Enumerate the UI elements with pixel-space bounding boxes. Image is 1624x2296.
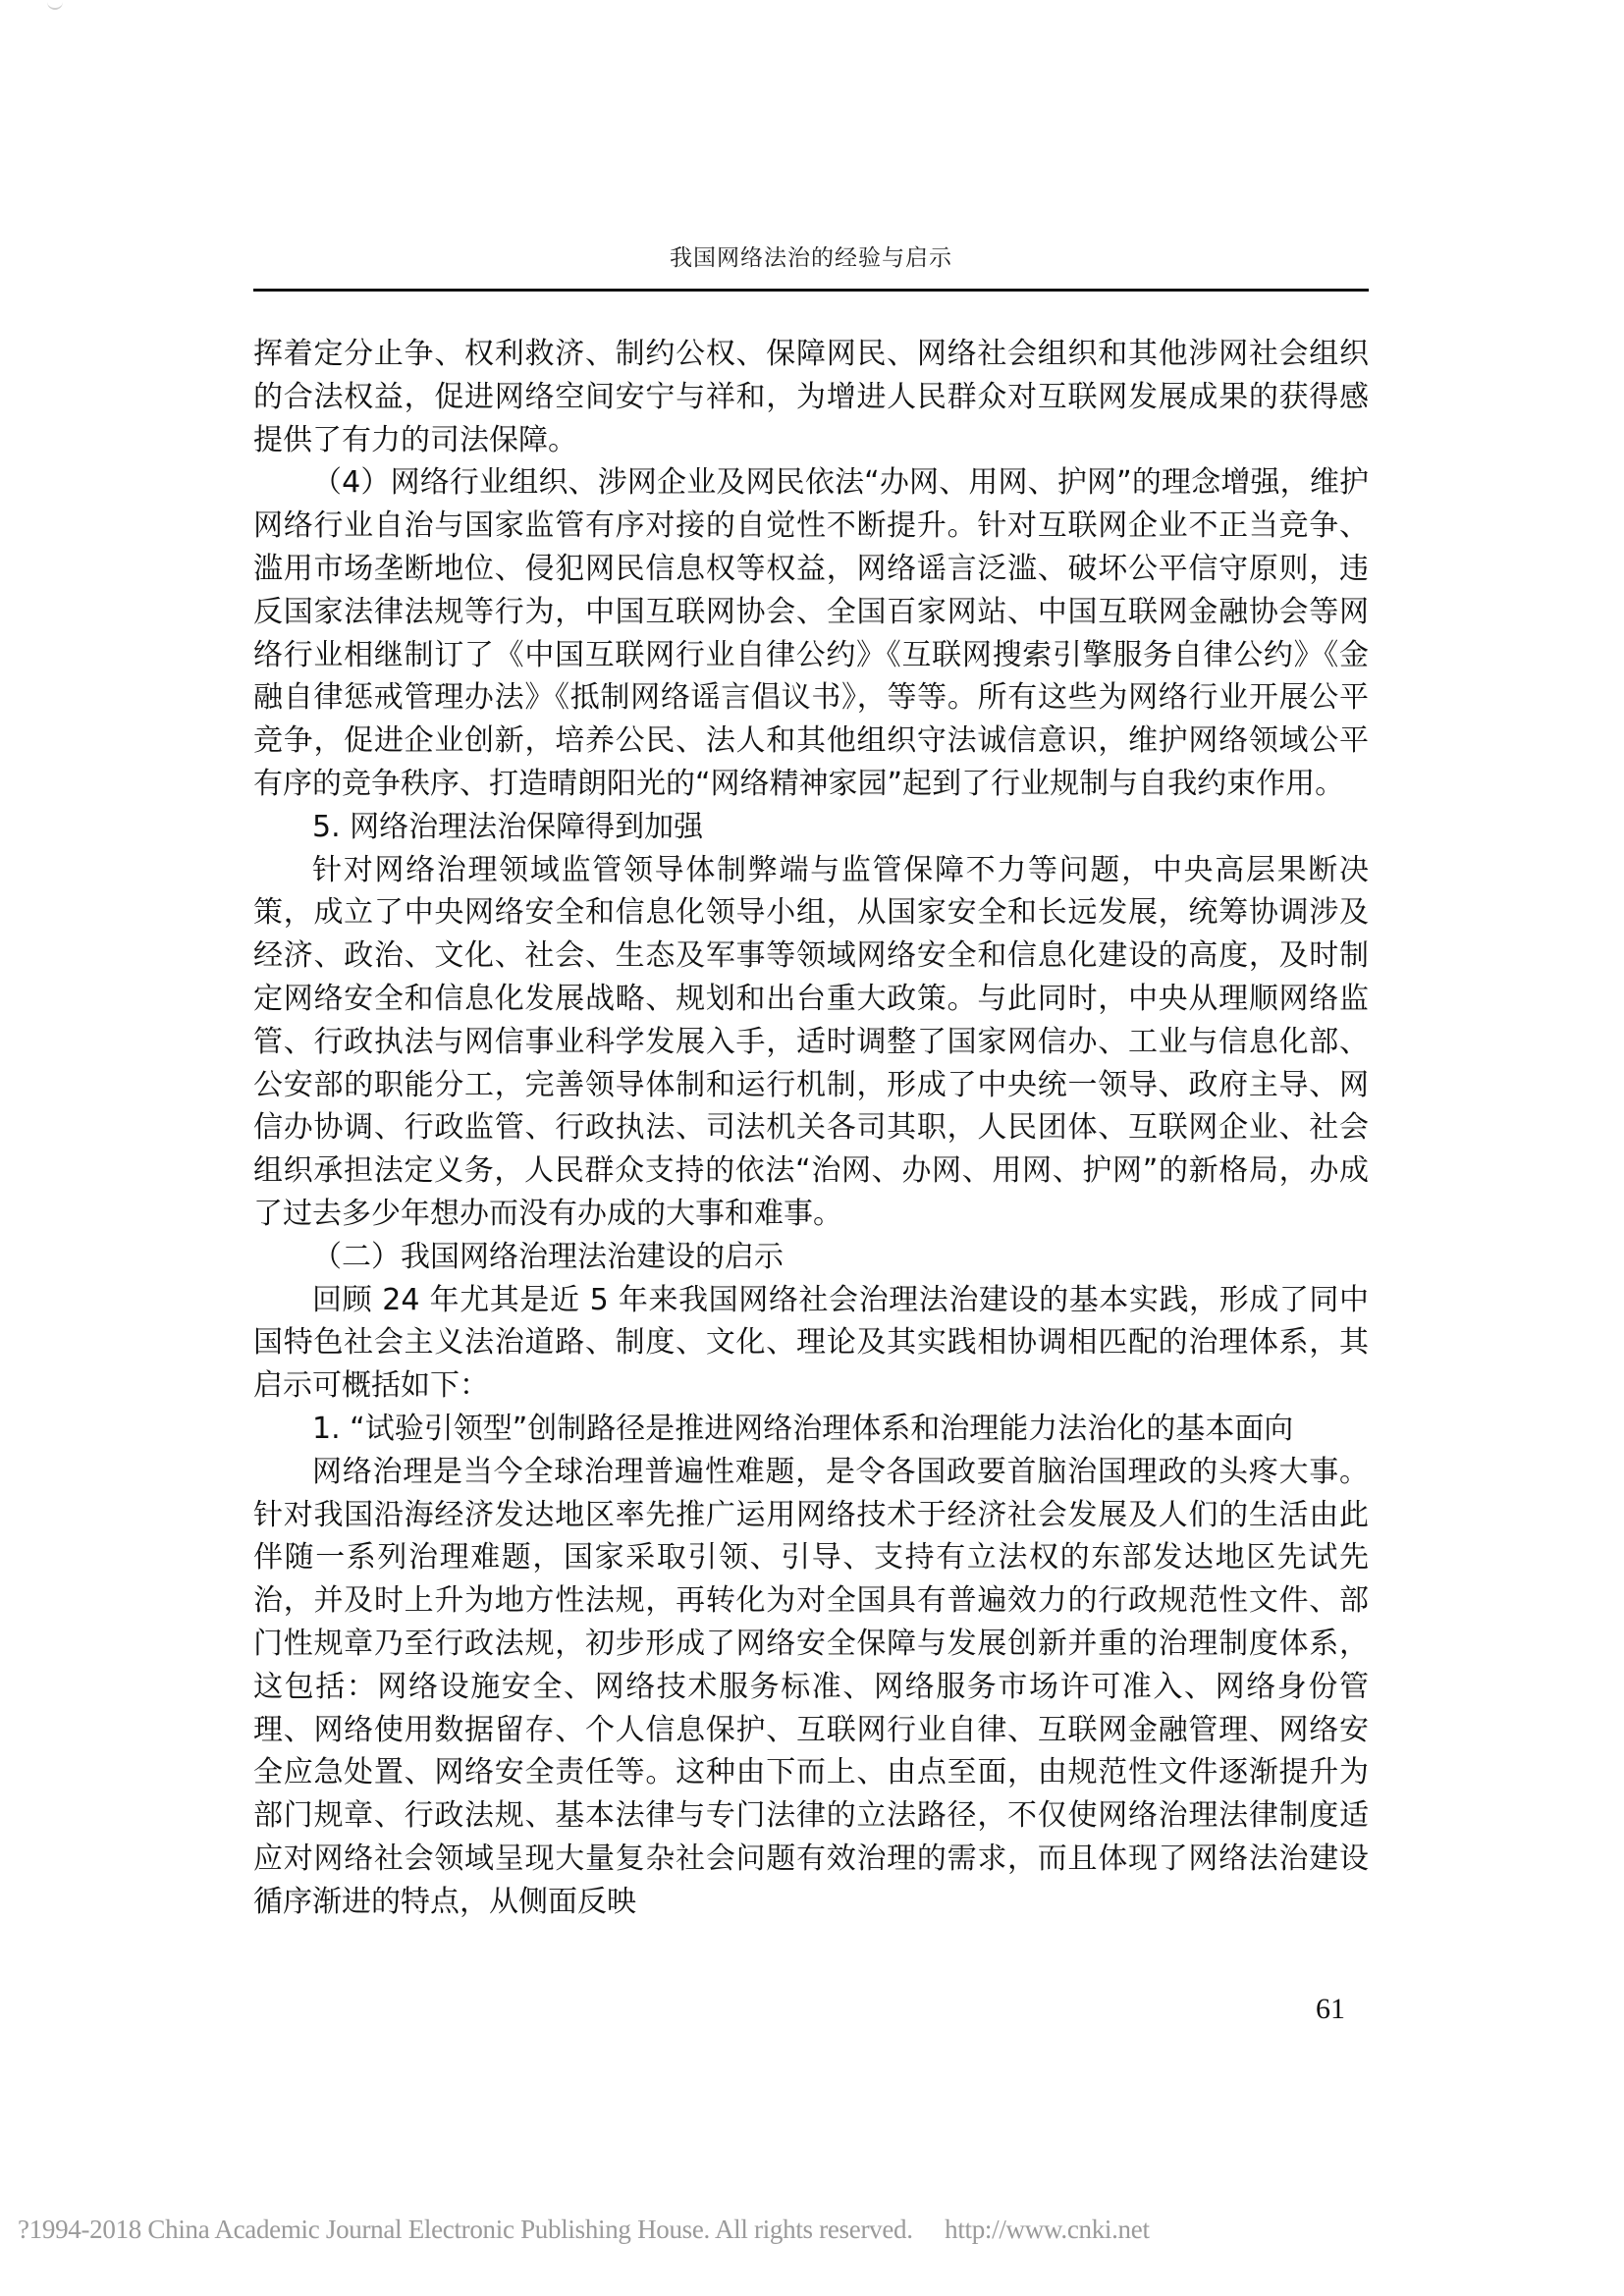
paragraph-governance-guarantee: 针对网络治理领域监管领导体制弊端与监管保障不力等问题，中央高层果断决策，成立了中… bbox=[253, 849, 1369, 1236]
header-divider bbox=[253, 289, 1369, 292]
section-heading-1: 1. “试验引领型”创制路径是推进网络治理体系和治理能力法治化的基本面向 bbox=[253, 1408, 1369, 1451]
section-heading-5: 5. 网络治理法治保障得到加强 bbox=[253, 806, 1369, 849]
running-header-title: 我国网络法治的经验与启示 bbox=[253, 240, 1369, 272]
page-number: 61 bbox=[1316, 1993, 1345, 2026]
paragraph-continuation: 挥着定分止争、权利救济、制约公权、保障网民、网络社会组织和其他涉网社会组织的合法… bbox=[253, 333, 1369, 461]
section-heading-part-2: （二）我国网络治理法治建设的启示 bbox=[253, 1236, 1369, 1279]
footer-url: http://www.cnki.net bbox=[945, 2215, 1150, 2244]
article-body: 挥着定分止争、权利救济、制约公权、保障网民、网络社会组织和其他涉网社会组织的合法… bbox=[253, 333, 1369, 1923]
scan-corner-mark bbox=[47, 0, 63, 10]
footer: ?1994-2018 China Academic Journal Electr… bbox=[18, 2215, 1150, 2245]
paragraph-industry-self-regulation: （4）网络行业组织、涉网企业及网民依法“办网、用网、护网”的理念增强，维护网络行… bbox=[253, 461, 1369, 805]
paragraph-pilot-path: 网络治理是当今全球治理普遍性难题，是令各国政要首脑治国理政的头疼大事。针对我国沿… bbox=[253, 1451, 1369, 1924]
footer-copyright: ?1994-2018 China Academic Journal Electr… bbox=[18, 2215, 913, 2244]
paragraph-review: 回顾 24 年尤其是近 5 年来我国网络社会治理法治建设的基本实践，形成了同中国… bbox=[253, 1279, 1369, 1408]
